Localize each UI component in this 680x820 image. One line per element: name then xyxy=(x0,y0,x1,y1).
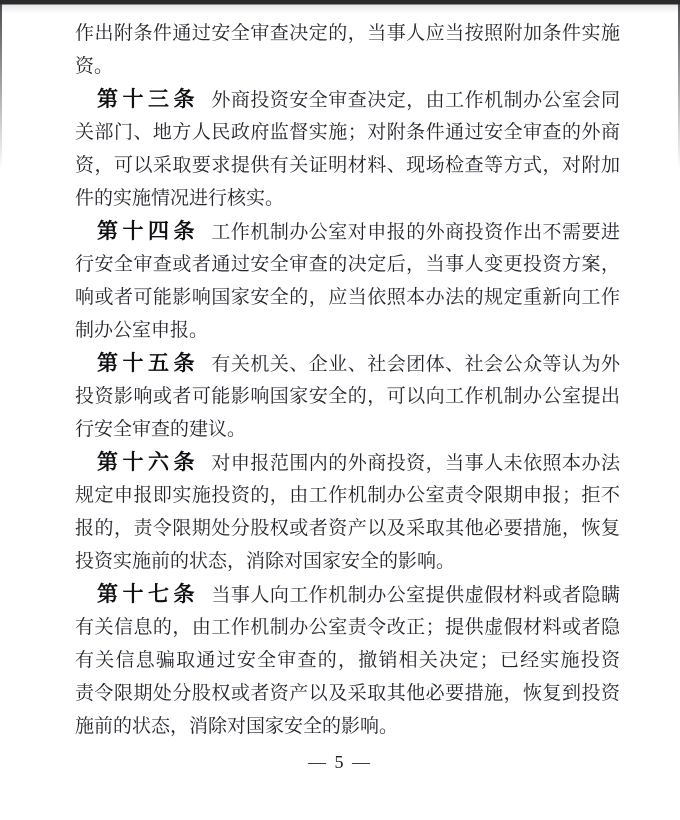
text-line: 行安全审查或者通过安全审查的决定后，当事人变更投资方案，影 xyxy=(75,248,620,281)
page-footer: — 5 — xyxy=(0,752,680,773)
text-line: 责令限期处分股权或者资产以及采取其他必要措施，恢复到投资实 xyxy=(75,677,620,710)
text-line: 件的实施情况进行核实。 xyxy=(75,182,620,215)
text-line: 第十四条工作机制办公室对申报的外商投资作出不需要进 xyxy=(75,215,620,248)
text-line: 作出附条件通过安全审查决定的，当事人应当按照附加条件实施投 xyxy=(75,17,620,50)
document-body: 作出附条件通过安全审查决定的，当事人应当按照附加条件实施投 资。 第十三条外商投… xyxy=(75,17,620,743)
text-line: 施前的状态，消除对国家安全的影响。 xyxy=(75,710,620,743)
text-line: 资。 xyxy=(75,50,620,83)
text-line: 行安全审查的建议。 xyxy=(75,413,620,446)
text-line: 关部门、地方人民政府监督实施；对附条件通过安全审查的外商投 xyxy=(75,116,620,149)
text-line: 第十五条有关机关、企业、社会团体、社会公众等认为外商 xyxy=(75,347,620,380)
text-line: 投资实施前的状态，消除对国家安全的影响。 xyxy=(75,545,620,578)
document-page: 作出附条件通过安全审查决定的，当事人应当按照附加条件实施投 资。 第十三条外商投… xyxy=(0,0,680,820)
scan-edge-left xyxy=(0,0,2,170)
article-heading: 第十六条 xyxy=(97,451,199,474)
text-line: 制办公室申报。 xyxy=(75,314,620,347)
article-heading: 第十四条 xyxy=(97,220,199,243)
text-line: 响或者可能影响国家安全的，应当依照本办法的规定重新向工作机 xyxy=(75,281,620,314)
text-line: 投资影响或者可能影响国家安全的，可以向工作机制办公室提出进 xyxy=(75,380,620,413)
text-line: 第十六条对申报范围内的外商投资，当事人未依照本办法的 xyxy=(75,446,620,479)
article-heading: 第十七条 xyxy=(97,583,199,606)
text-line: 有关信息骗取通过安全审查的，撤销相关决定；已经实施投资的， xyxy=(75,644,620,677)
page-number: — 5 — xyxy=(308,752,372,772)
text-line: 第十七条当事人向工作机制办公室提供虚假材料或者隐瞒 xyxy=(75,578,620,611)
text-line: 报的，责令限期处分股权或者资产以及采取其他必要措施，恢复到 xyxy=(75,512,620,545)
scan-top-bar xyxy=(0,0,680,14)
text-line: 有关信息的，由工作机制办公室责令改正；提供虚假材料或者隐瞒 xyxy=(75,611,620,644)
text-line: 第十三条外商投资安全审查决定，由工作机制办公室会同有 xyxy=(75,83,620,116)
line-text: 工作机制办公室对申报的外商投资作出不需要进 xyxy=(211,222,620,243)
text-line: 规定申报即实施投资的，由工作机制办公室责令限期申报；拒不申 xyxy=(75,479,620,512)
article-heading: 第十三条 xyxy=(97,88,199,111)
text-line: 资，可以采取要求提供有关证明材料、现场检查等方式，对附加条 xyxy=(75,149,620,182)
line-text: 当事人向工作机制办公室提供虚假材料或者隐瞒 xyxy=(211,585,620,606)
article-heading: 第十五条 xyxy=(97,352,199,375)
